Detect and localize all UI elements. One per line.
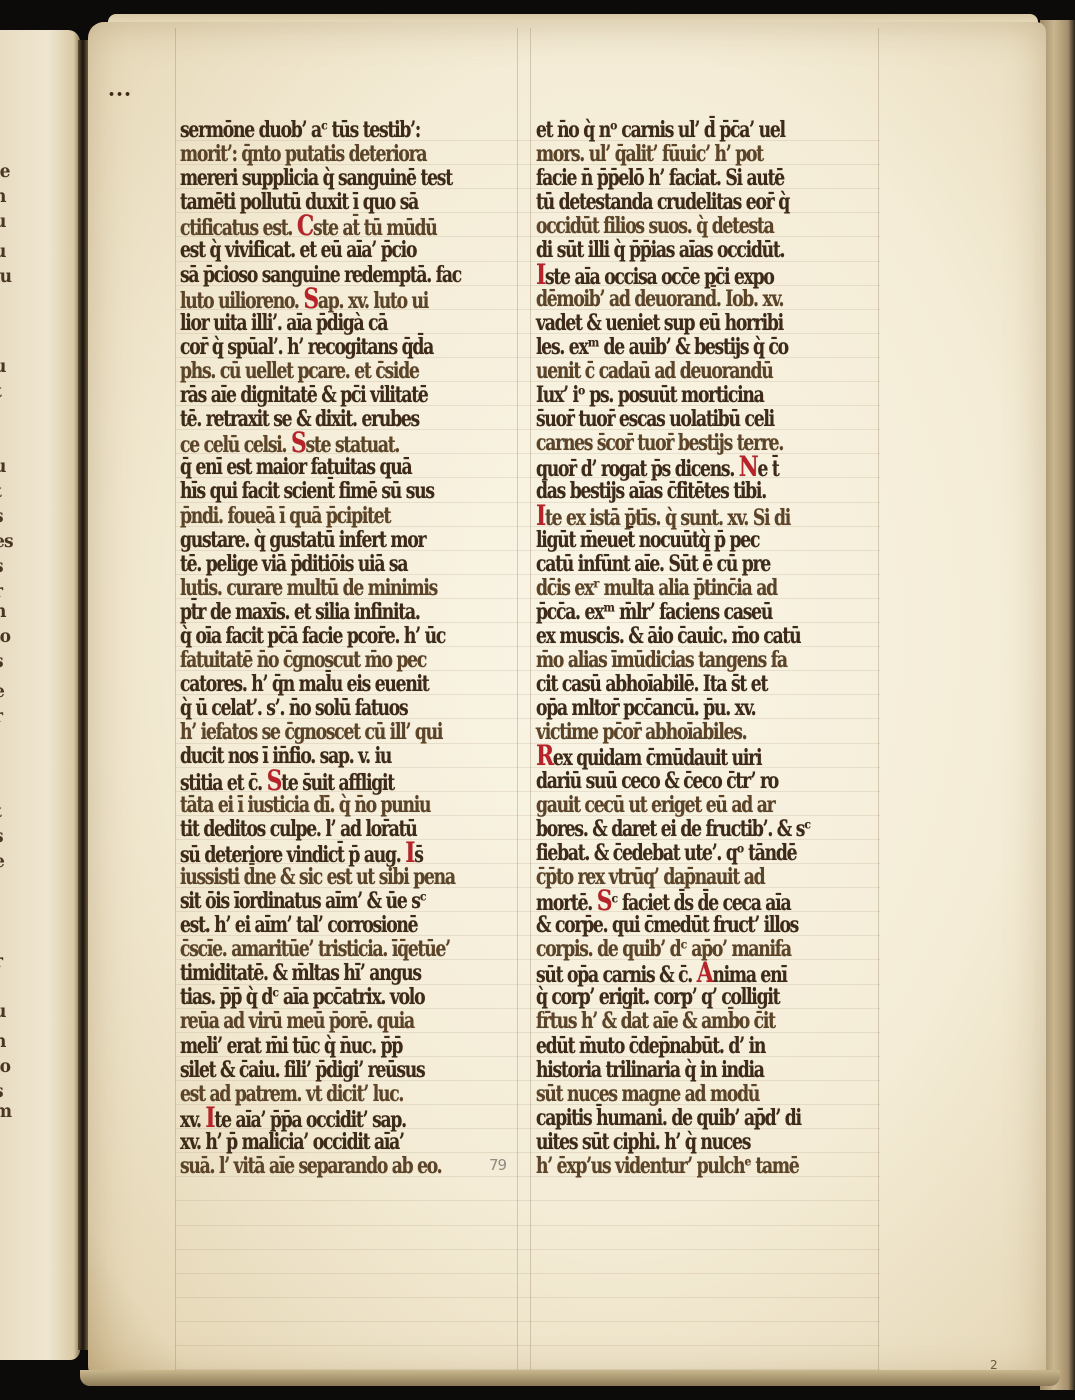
text-segment: fr̄tus h’ & d̄at aı̄e & amb̄o c̄it [536, 1008, 775, 1034]
manuscript-text-line: facie n̄ p̄p̄elō h’ faciat. Si autē [536, 166, 805, 190]
verso-text-fragment: e [0, 850, 4, 872]
text-segment: sermōne duob’ aᶜ tūs testib’: [180, 117, 420, 143]
folio-number: 79 [489, 1156, 506, 1174]
book-gutter [78, 40, 88, 1350]
text-segment: bores. & daret ei de fructib’. & sᶜ [536, 816, 810, 842]
text-segment: c̄p̄to rex vtrūq’ dap̄nauit ad [536, 864, 764, 890]
text-segment: reūa ad virū meū p̄orē. quia [180, 1008, 414, 1034]
text-segment: tē. pelige viā p̄ditiōis uiā sa [180, 551, 407, 577]
manuscript-text-line: fatuitatē n̄o c̄gnoscut m̄o pec [180, 648, 437, 672]
text-segment: rās aı̄e dignitatē & pc̄i vilitatē [180, 382, 428, 408]
rubricated-initial: S [303, 287, 318, 311]
ruling-line [175, 1321, 880, 1322]
verso-text-fragment: u [0, 1000, 6, 1022]
manuscript-text-line: tāta ei ī iusticia dī. q̀ n̄o puniu [180, 793, 437, 817]
manuscript-text-line: et n̄o q̀ nᵒ carnis ul’ d̄ p̄c̄a’ uel [536, 118, 805, 142]
verso-text-fragment: le [0, 160, 10, 182]
text-segment: ducit nos ī in̄fio. sap. v. iu [180, 743, 391, 769]
rubricated-initial: R [536, 744, 553, 768]
text-segment: uenit c̄ cadaū ad deuorandū [536, 358, 772, 384]
manuscript-text-line: victime pc̄or̄ abhoīabiles. [536, 720, 805, 744]
text-segment: c̄scı̄e. amaritūe’ tristicia. īq̄etūe… [180, 936, 450, 962]
manuscript-text-line: di sūt illi q̀ p̄p̄ias aı̄as occidūt. [536, 238, 805, 262]
text-segment: lutis. curare multū de minimis [180, 575, 437, 601]
text-segment: mereri supplicia q̀ sanguinē test [180, 165, 452, 191]
text-segment: dariū suū ceco & c̄eco c̄tr’ ro [536, 768, 778, 794]
text-segment: capitis h̄umani. de quib’ ap̄d’ di [536, 1105, 801, 1131]
manuscript-text-line: m̄o alias īmūdicias tangens fa [536, 648, 805, 672]
manuscript-text-line: historia trilinaria q̀ in india [536, 1058, 805, 1082]
rubricated-initial: I [536, 504, 545, 528]
manuscript-text-line: phs. cū uellet pcare. et c̄side [180, 359, 437, 383]
text-column-right: et n̄o q̀ nᵒ carnis ul’ d̄ p̄c̄a’ uelmor… [536, 118, 881, 1178]
text-segment: suā. l’ vitā aı̄e separando ab eo. [180, 1153, 441, 1179]
manuscript-text-line: ctificatus est. Cste at̄ tū mūdū [180, 214, 437, 238]
manuscript-text-line: p̄cc̄a. exᵐ m̄lr’ faciens caseū [536, 600, 805, 624]
verso-text-fragment: s [0, 650, 3, 672]
text-segment: h’ ēxp’us videntur’ pulchᵉ tamē [536, 1153, 799, 1179]
text-segment: et n̄o q̀ nᵒ carnis ul’ d̄ p̄c̄a’ uel [536, 117, 785, 143]
manuscript-text-line: s̄uor̄ tuor̄ escas uolatibū celi [536, 407, 805, 431]
text-segment: est q̀ vivificat. et eū aı̄a’ p̄cio [180, 237, 416, 263]
manuscript-text-line: les. exᵐ de auib’ & bestijs q̀ c̄o [536, 335, 805, 359]
verso-text-fragment: u [0, 355, 6, 377]
verso-text-fragment: r [0, 950, 2, 972]
text-segment: di sūt illi q̀ p̄p̄ias aı̄as occidūt. [536, 237, 784, 263]
manuscript-text-line: q̀ oīa facit pc̄ā facie pcor̄e. h’ ūc [180, 624, 437, 648]
manuscript-text-line: sū deteriore vindict̄ p̄ aug. Is̄ [180, 841, 437, 865]
verso-text-fragment: es [0, 530, 13, 552]
manuscript-text-line: lutis. curare multū de minimis [180, 576, 437, 600]
manuscript-text-line: Iste aı̄a occisa occ̄e pc̄i expo [536, 263, 805, 287]
manuscript-text-line: ducit nos ī in̄fio. sap. v. iu [180, 744, 437, 768]
text-segment: m̄o alias īmūdicias tangens fa [536, 647, 787, 673]
text-segment: p̄ndi. foueā ī quā p̄cipitet [180, 503, 390, 529]
text-segment: est. h’ ei aı̄m’ tal’ corrosionē [180, 912, 417, 938]
text-segment: phs. cū uellet pcare. et c̄side [180, 358, 419, 384]
manuscript-text-line: rās aı̄e dignitatē & pc̄i vilitatē [180, 383, 437, 407]
manuscript-text-line: & corp̄e. qui c̄medūt fruct’ illos [536, 913, 805, 937]
verso-text-fragment: n [0, 600, 6, 622]
text-segment: fatuitatē n̄o c̄gnoscut m̄o pec [180, 647, 426, 673]
left-verso-page-fragment: lenuululututsessrnlosertserunlosm [0, 30, 80, 1360]
manuscript-text-line: h’ ēxp’us videntur’ pulchᵉ tamē [536, 1154, 805, 1178]
text-segment: occidūt filios suos. q̀ detesta [536, 213, 773, 239]
text-segment: gustare. q̀ gustatū infert mor [180, 527, 425, 553]
manuscript-text-line: cor̄ q̀ spūal’. h’ recogitans q̄d̄a [180, 335, 437, 359]
manuscript-text-line: p̄ndi. foueā ī quā p̄cipitet [180, 504, 437, 528]
manuscript-text-line: das bestijs aı̄as c̄fitētes tibi. [536, 479, 805, 503]
text-segment: iussisti d̄ne & sic est ut sibi pena [180, 864, 455, 890]
manuscript-text-line: fiebat. & c̄edebat ute’. qᵒ tāndē [536, 841, 805, 865]
verso-text-fragment: r [0, 580, 2, 602]
text-segment: les. exᵐ de auib’ & bestijs q̀ c̄o [536, 334, 788, 360]
manuscript-text-line: q̀ ū celat’. s’. n̄o solū fatuos [180, 696, 437, 720]
text-segment: q̀ ū celat’. s’. n̄o solū fatuos [180, 695, 407, 721]
text-segment: s̄uor̄ tuor̄ escas uolatibū celi [536, 406, 774, 432]
manuscript-text-line: est q̀ vivificat. et eū aı̄a’ p̄cio [180, 238, 437, 262]
text-segment: h’ iefatos se c̄gnoscet cū ill’ qui [180, 719, 442, 745]
verso-text-fragment: t [0, 480, 1, 502]
manuscript-text-line: dēmoib’ ad deuorand̄. Iob. xv. [536, 287, 805, 311]
verso-text-fragment: s [0, 505, 3, 527]
text-segment: victime pc̄or̄ abhoīabiles. [536, 719, 746, 745]
rubricated-initial: S [291, 431, 306, 455]
verso-text-fragment: s [0, 825, 3, 847]
text-segment: meli’ erat m̄i tūc q̀ n̄uc. p̄p̄ [180, 1033, 402, 1059]
manuscript-text-line: est ad patrem. vt dicit’ luc. [180, 1082, 437, 1106]
manuscript-text-line: hı̄s qui facit scient̄ fimē sū sus [180, 479, 437, 503]
verso-text-fragment: s [0, 1080, 3, 1102]
text-segment: sūt nuces magne ad modū [536, 1081, 759, 1107]
top-page-mark: ••• [108, 88, 132, 101]
verso-text-fragment: u [0, 455, 6, 477]
verso-text-fragment: u [0, 240, 6, 262]
text-segment: sit ōis īordinatus aı̄m’ & ūe sᶜ [180, 888, 426, 914]
rubricated-initial: I [405, 841, 414, 865]
manuscript-text-line: pt̄r de maxīs. et silia infinita. [180, 600, 437, 624]
text-segment: das bestijs aı̄as c̄fitētes tibi. [536, 478, 766, 504]
text-segment: sā p̄cioso sanguine redemptā. fac [180, 262, 461, 288]
text-segment: op̄a mltor̄ pcc̄ancū. p̄u. xv. [536, 695, 755, 721]
rubricated-initial: S [267, 769, 282, 793]
ruling-line [175, 1297, 880, 1298]
text-column-left: sermōne duob’ aᶜ tūs testib’:morit’: q… [180, 118, 510, 1178]
manuscript-text-line: ce celū celsi. Sste statuat. [180, 431, 437, 455]
manuscript-text-line: tē. retraxit se & dixit. erubes [180, 407, 437, 431]
text-segment: Iux’ iᵒ ps. posuūt morticina [536, 382, 763, 408]
text-segment: edūt m̄uto c̄dep̄nabūt. d’ in [536, 1033, 765, 1059]
manuscript-text-line: iussisti d̄ne & sic est ut sibi pena [180, 865, 437, 889]
verso-text-fragment: n [0, 185, 6, 207]
text-segment: cor̄ q̀ spūal’. h’ recogitans q̄d̄a [180, 334, 433, 360]
text-segment: q̀ corp’ erigit. corp’ q’ colligit [536, 984, 779, 1010]
text-segment: & corp̄e. qui c̄medūt fruct’ illos [536, 912, 798, 938]
manuscript-text-line: est. h’ ei aı̄m’ tal’ corrosionē [180, 913, 437, 937]
verso-text-fragment: lo [0, 625, 10, 647]
manuscript-text-line: gustare. q̀ gustatū infert mor [180, 528, 437, 552]
manuscript-text-line: timiditatē. & m̄ltas hı̄’ angus [180, 961, 437, 985]
manuscript-text-line: Iux’ iᵒ ps. posuūt morticina [536, 383, 805, 407]
manuscript-text-line: op̄a mltor̄ pcc̄ancū. p̄u. xv. [536, 696, 805, 720]
rubricated-initial: C [297, 214, 313, 238]
manuscript-text-line: sermōne duob’ aᶜ tūs testib’: [180, 118, 437, 142]
manuscript-text-line: vadet & ueniet sup eū horribi [536, 311, 805, 335]
manuscript-text-line: corpis. de quib’ dᶜ ap̄o’ manifa [536, 937, 805, 961]
text-segment: ex muscis. & āio c̄auic. m̄o catū [536, 623, 800, 649]
text-segment: silet & c̄aiu. fili’ p̄digi’ reūsus [180, 1057, 424, 1083]
manuscript-text-line: Rex quidam c̄mūdauit uiri [536, 744, 805, 768]
manuscript-text-line: uites sūt ciphi. h’ q̀ nuces [536, 1130, 805, 1154]
manuscript-text-line: carnes s̄cor̄ tuor̄ bestijs terre. [536, 431, 805, 455]
manuscript-text-line: q̄ enī est maior fatuitas quā [180, 455, 437, 479]
manuscript-text-line: sit ōis īordinatus aı̄m’ & ūe sᶜ [180, 889, 437, 913]
manuscript-text-line: gauit cecū ut eriget eū ad ar [536, 793, 805, 817]
text-segment: historia trilinaria q̀ in india [536, 1057, 764, 1083]
text-segment: pt̄r de maxīs. et silia infinita. [180, 599, 420, 625]
text-segment: morit’: q̄nto putatis deteriora [180, 141, 426, 167]
manuscript-text-line: mors. ul’ q̄alit’ fūuic’ h’ pot [536, 142, 805, 166]
manuscript-text-line: mereri supplicia q̀ sanguinē test [180, 166, 437, 190]
manuscript-text-line: h’ iefatos se c̄gnoscet cū ill’ qui [180, 720, 437, 744]
text-segment: cit casū abhoīabilē. Ita s̄t et [536, 671, 767, 697]
manuscript-text-line: uenit c̄ cadaū ad deuorandū [536, 359, 805, 383]
verso-text-fragment: t [0, 380, 1, 402]
text-segment: catores. h’ q̄n mal̄u eis euenit [180, 671, 428, 697]
manuscript-text-line: tit deditos culpe. l’ ad lor̄atū [180, 817, 437, 841]
text-segment: lior uita illi’. aı̄a p̄digà cā [180, 310, 387, 336]
text-segment: hı̄s qui facit scient̄ fimē sū sus [180, 478, 434, 504]
verso-text-fragment: n [0, 1030, 6, 1052]
manuscript-text-line: morit’: q̄nto putatis deteriora [180, 142, 437, 166]
manuscript-text-line: mortē. Sᶜ faciet d̄s d̄e ceca aı̄a [536, 889, 805, 913]
manuscript-text-line: sūt nuces magne ad modū [536, 1082, 805, 1106]
text-segment: tias. p̄p̄ q̀ dᶜ aı̄a pcc̄atrix. volo [180, 984, 424, 1010]
manuscript-text-line: meli’ erat m̄i tūc q̀ n̄uc. p̄p̄ [180, 1034, 437, 1058]
manuscript-text-line: sūt op̄a carnis & c̄. Anima enī [536, 961, 805, 985]
ruling-line [175, 1225, 880, 1226]
verso-text-fragment: lu [0, 265, 11, 287]
verso-text-fragment: u [0, 210, 6, 232]
bottom-edge [80, 1370, 1060, 1386]
rubricated-initial: I [536, 263, 545, 287]
text-segment: p̄cc̄a. exᵐ m̄lr’ faciens caseū [536, 599, 772, 625]
manuscript-text-line: Ite ex istā p̄tīs. q̀ sunt. xv. Si di [536, 504, 805, 528]
manuscript-text-line: capitis h̄umani. de quib’ ap̄d’ di [536, 1106, 805, 1130]
manuscript-text-line: luto uilioreno. Sap. xv. luto ui [180, 287, 437, 311]
text-segment: corpis. de quib’ dᶜ ap̄o’ manifa [536, 936, 791, 962]
verso-text-fragment: t [0, 800, 1, 822]
text-segment: catū infūnt aı̄e. Sūt ē cū pre [536, 551, 770, 577]
manuscript-text-line: c̄scı̄e. amaritūe’ tristicia. īq̄etūe… [180, 937, 437, 961]
text-segment: facie n̄ p̄p̄elō h’ faciat. Si autē [536, 165, 784, 191]
text-segment: fiebat. & c̄edebat ute’. qᵒ tāndē [536, 840, 796, 866]
rubricated-initial: A [697, 961, 713, 985]
manuscript-text-line: fr̄tus h’ & d̄at aı̄e & amb̄o c̄it [536, 1009, 805, 1033]
verso-text-fragment: e [0, 680, 4, 702]
text-segment: timiditatē. & m̄ltas hı̄’ angus [180, 960, 421, 986]
manuscript-text-line: xv. h’ p̄ malicia’ occidit aı̄a’ [180, 1130, 437, 1154]
manuscript-text-line: tias. p̄p̄ q̀ dᶜ aı̄a pcc̄atrix. volo [180, 985, 437, 1009]
text-segment: gauit cecū ut eriget eū ad ar [536, 792, 774, 818]
manuscript-text-line: ex muscis. & āio c̄auic. m̄o catū [536, 624, 805, 648]
rubricated-initial: N [739, 455, 758, 479]
text-segment: dēmoib’ ad deuorand̄. Iob. xv. [536, 286, 783, 312]
manuscript-text-line: catū infūnt aı̄e. Sūt ē cū pre [536, 552, 805, 576]
verso-text-fragment: s [0, 555, 3, 577]
verso-text-fragment: lo [0, 1055, 10, 1077]
manuscript-text-line: suā. l’ vitā aı̄e separando ab eo. [180, 1154, 437, 1178]
manuscript-text-line: occidūt filios suos. q̀ detesta [536, 214, 805, 238]
text-segment: mors. ul’ q̄alit’ fūuic’ h’ pot [536, 141, 763, 167]
text-segment: q̄ enī est maior fatuitas quā [180, 454, 411, 480]
text-segment: vadet & ueniet sup eū horribi [536, 310, 783, 336]
ruling-line [175, 1273, 880, 1274]
manuscript-text-line: stitia et c̄. Ste s̄uit affligit [180, 769, 437, 793]
text-segment: ligūt m̄euet̄ nocuūtq̀ p̄ pec [536, 527, 759, 553]
manuscript-text-line: catores. h’ q̄n mal̄u eis euenit [180, 672, 437, 696]
manuscript-text-line: c̄p̄to rex vtrūq’ dap̄nauit ad [536, 865, 805, 889]
manuscript-text-line: ligūt m̄euet̄ nocuūtq̀ p̄ pec [536, 528, 805, 552]
manuscript-text-line: q̀ corp’ erigit. corp’ q’ colligit [536, 985, 805, 1009]
text-segment: tū detestanda crudelitas eor̄ q̀ [536, 189, 789, 215]
verso-text-fragment: m [0, 1100, 11, 1122]
text-segment: dc̄is exʳ multa alia p̄tinc̄ia ad [536, 575, 777, 601]
manuscript-text-line: quor̄ d’ rogat p̄s dicens. Ne t̄ [536, 455, 805, 479]
manuscript-text-line: lior uita illi’. aı̄a p̄digà cā [180, 311, 437, 335]
text-segment: xv. h’ p̄ malicia’ occidit aı̄a’ [180, 1129, 404, 1155]
text-segment: tāta ei ī iusticia dī. q̀ n̄o puniu [180, 792, 430, 818]
verso-text-fragment: r [0, 705, 2, 727]
rubricated-initial: S [597, 889, 612, 913]
manuscript-text-line: tē. pelige viā p̄ditiōis uiā sa [180, 552, 437, 576]
manuscript-text-line: cit casū abhoīabilē. Ita s̄t et [536, 672, 805, 696]
manuscript-text-line: reūa ad virū meū p̄orē. quia [180, 1009, 437, 1033]
manuscript-text-line: silet & c̄aiu. fili’ p̄digi’ reūsus [180, 1058, 437, 1082]
ruling-line [175, 1345, 880, 1346]
ruling-line [175, 1249, 880, 1250]
manuscript-text-line: xv. Ite aı̄a’ p̄p̄a occidit’ sap. [180, 1106, 437, 1130]
text-segment: tit deditos culpe. l’ ad lor̄atū [180, 816, 416, 842]
manuscript-text-line: dariū suū ceco & c̄eco c̄tr’ ro [536, 769, 805, 793]
manuscript-text-line: dc̄is exʳ multa alia p̄tinc̄ia ad [536, 576, 805, 600]
text-segment: uites sūt ciphi. h’ q̀ nuces [536, 1129, 750, 1155]
manuscript-text-line: edūt m̄uto c̄dep̄nabūt. d’ in [536, 1034, 805, 1058]
ruling-line [175, 1200, 880, 1201]
manuscript-text-line: tū detestanda crudelitas eor̄ q̀ [536, 190, 805, 214]
rubricated-initial: I [205, 1106, 214, 1130]
text-segment: q̀ oīa facit pc̄ā facie pcor̄e. h’ ūc [180, 623, 445, 649]
manuscript-text-line: bores. & daret ei de fructib’. & sᶜ [536, 817, 805, 841]
